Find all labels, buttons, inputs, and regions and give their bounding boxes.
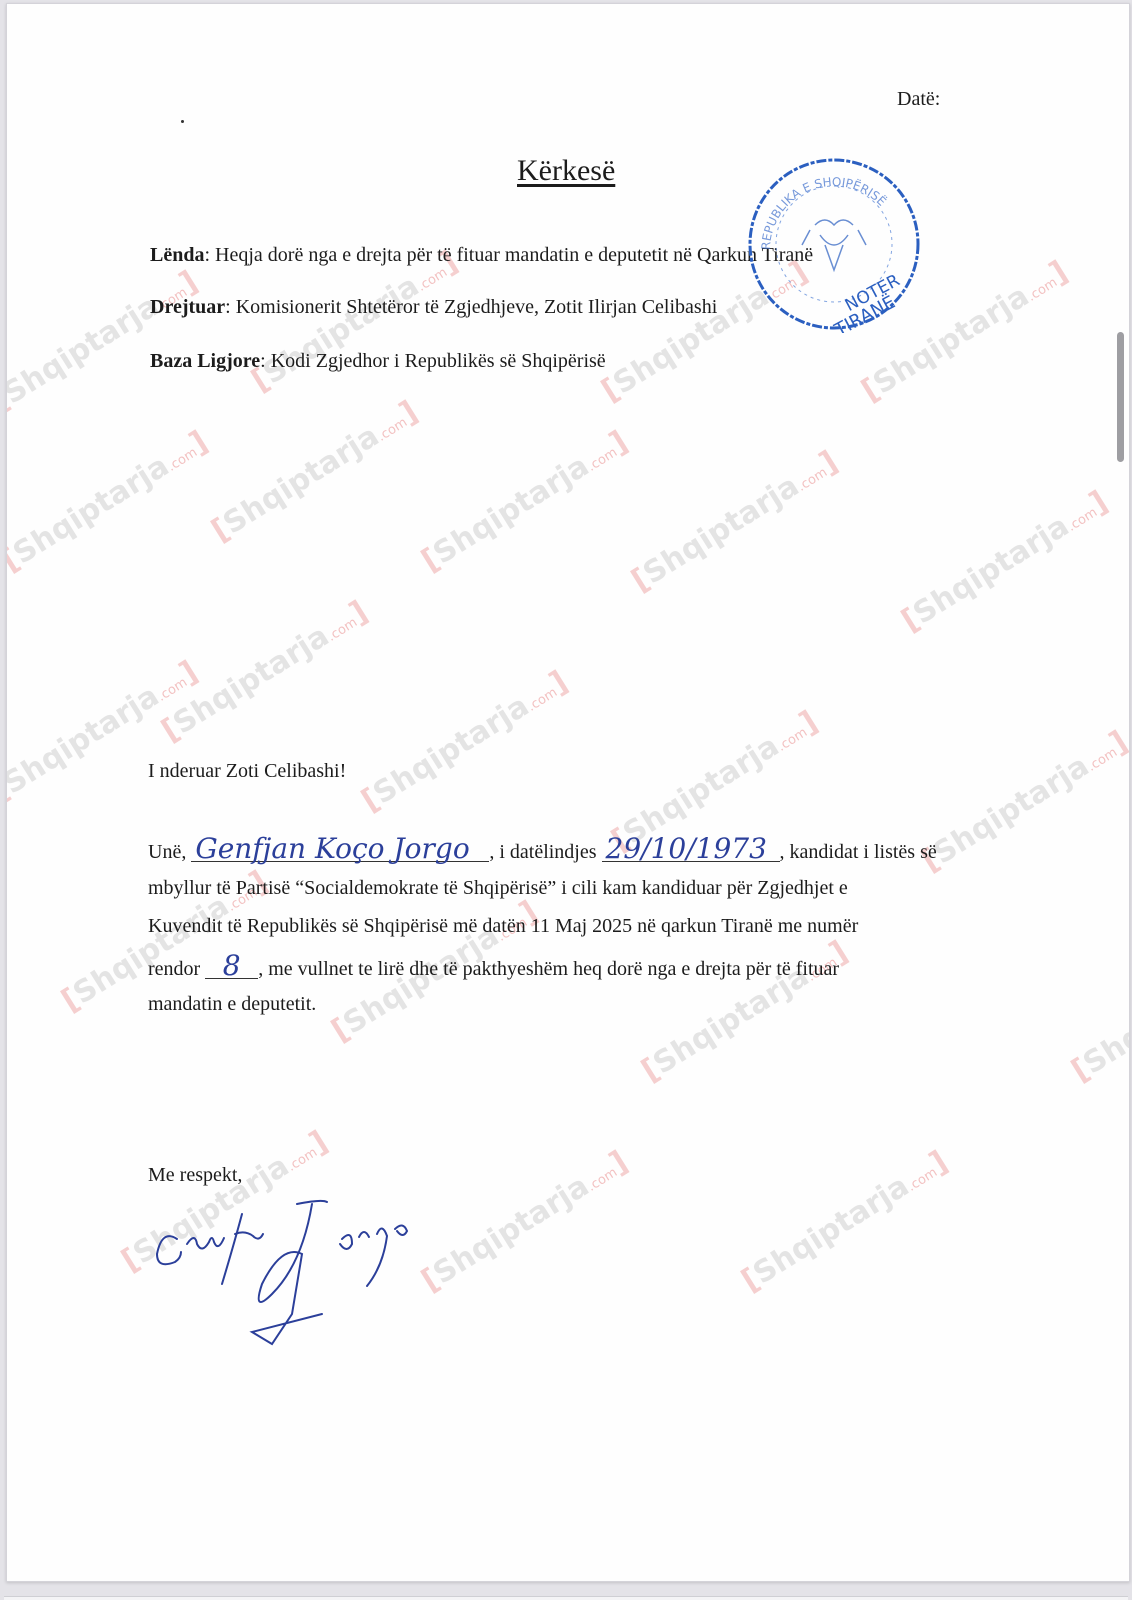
svg-text:REPUBLIKA E SHQIPËRISË: REPUBLIKA E SHQIPËRISË [759, 175, 890, 250]
signature-icon [147, 1199, 447, 1379]
watermark: [Shqiptarja.com] [416, 424, 634, 578]
legal-basis-value: : Kodi Zgjedhor i Republikës së Shqipëri… [260, 350, 606, 372]
watermark: [Shqiptarja.com] [416, 1144, 634, 1298]
watermark: [Shqiptarja.com] [356, 664, 574, 818]
body-line-5: mandatin e deputetit. [148, 993, 316, 1016]
date-label: Datë: [897, 88, 940, 111]
watermark: [Shqiptarja.com] [736, 1144, 954, 1298]
addressee-value: : Komisionerit Shtetëror të Zgjedhjeve, … [225, 296, 717, 318]
closing: Me respekt, [148, 1164, 242, 1187]
body-line-1: Unë, Genfjan Koço Jorgo, i datëlindjes 2… [148, 837, 937, 864]
legal-basis-label: Baza Ligjore [150, 350, 260, 372]
watermark: [Shqiptarja.com] [6, 264, 204, 418]
watermark: [Shqiptarja.com] [156, 594, 374, 748]
body-line-3: Kuvendit të Republikës së Shqipërisë më … [148, 915, 858, 938]
notary-stamp-icon: REPUBLIKA E SHQIPËRISË NOTER TIRANË [745, 155, 923, 333]
body-line-4: rendor 8, me vullnet te lirë dhe të pakt… [148, 954, 839, 981]
watermark: [Shqiptarja.com] [916, 724, 1130, 878]
document-page: [Shqiptarja.com] [Shqiptarja.com] [Shqip… [6, 3, 1130, 1582]
watermark: [Shqiptarja.com] [206, 394, 424, 548]
handwritten-birthdate: 29/10/1973 [602, 837, 780, 862]
addressee-line: Drejtuar: Komisionerit Shtetëror të Zgje… [150, 296, 717, 319]
next-page-edge [4, 1596, 1128, 1600]
document-title: Kërkesë [517, 154, 615, 188]
stray-mark [181, 120, 184, 123]
greeting: I nderuar Zoti Celibashi! [148, 760, 346, 783]
subject-label: Lënda [150, 244, 204, 266]
watermark: [Shqiptarja.com] [626, 444, 844, 598]
addressee-label: Drejtuar [150, 296, 225, 318]
handwritten-name: Genfjan Koço Jorgo [191, 837, 489, 862]
watermark: [Shqiptarja.com] [896, 484, 1114, 638]
watermark: [Shqiptarja.com] [1066, 934, 1130, 1088]
handwritten-order-number: 8 [205, 954, 258, 979]
watermark: [Shqiptarja.com] [6, 654, 204, 808]
legal-basis-line: Baza Ligjore: Kodi Zgjedhor i Republikës… [150, 350, 606, 373]
body-line-2: mbyllur të Partisë “Socialdemokrate të S… [148, 877, 848, 900]
subject-line: Lënda: Heqja dorë nga e drejta për të fi… [150, 244, 813, 267]
subject-value: : Heqja dorë nga e drejta për të fituar … [204, 244, 813, 266]
watermark: [Shqiptarja.com] [246, 244, 464, 398]
vertical-scrollbar[interactable] [1117, 332, 1124, 462]
watermark: [Shqiptarja.com] [6, 424, 214, 578]
